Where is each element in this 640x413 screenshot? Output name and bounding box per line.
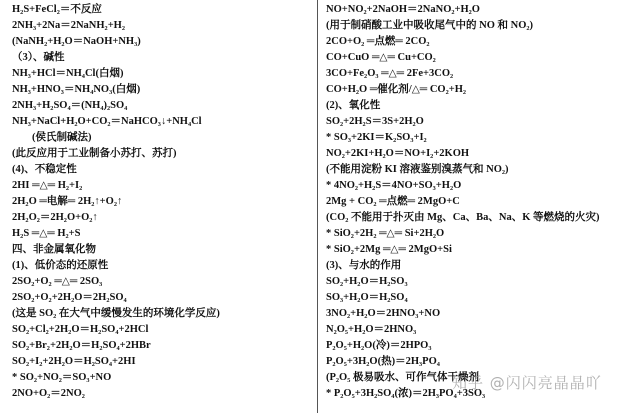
- equation-line: 2HI ═△═ H₂+I₂: [12, 179, 82, 195]
- equation-line: (NaNH₂+H₂O＝NaOH+NH₃): [12, 35, 141, 51]
- equation-line: (1)、低价态的还原性: [12, 259, 108, 275]
- equation-line: P₂O₅+3H₂O(热)＝2H₃PO₄: [326, 355, 440, 371]
- equation-line: (4)、不稳定性: [12, 163, 77, 179]
- equation-line: 3CO+Fe₂O₃ ═△═ 2Fe+3CO₂: [326, 67, 453, 83]
- equation-line: SO₂+Cl₂+2H₂O＝H₂SO₄+2HCl: [12, 323, 148, 339]
- equation-line: N₂O₅+H₂O＝2HNO₃: [326, 323, 416, 339]
- equation-line: CO+CuO ═△═ Cu+CO₂: [326, 51, 436, 67]
- equation-line: 3NO₂+H₂O＝2HNO₃+NO: [326, 307, 440, 323]
- equation-line: 2CO+O₂ ═点燃═ 2CO₂: [326, 35, 430, 51]
- equation-line: SO₃+H₂O＝H₂SO₄: [326, 291, 408, 307]
- equation-line: NH₃+HNO₃＝NH₄NO₃(白烟): [12, 83, 140, 99]
- equation-line: SO₂+Br₂+2H₂O＝H₂SO₄+2HBr: [12, 339, 151, 355]
- equation-line: NO+NO₂+2NaOH＝2NaNO₂+H₂O: [326, 3, 480, 19]
- equation-line: 四、非金属氧化物: [12, 243, 96, 259]
- equation-line: 2Mg + CO₂ ═点燃═ 2MgO+C: [326, 195, 460, 211]
- equation-line: (CO₂ 不能用于扑灭由 Mg、Ca、Ba、Na、K 等燃烧的火灾): [326, 211, 600, 227]
- equation-line: SO₂+I₂+2H₂O＝H₂SO₄+2HI: [12, 355, 136, 371]
- equation-line: 2NO+O₂＝2NO₂: [12, 387, 85, 403]
- equation-line: H₂S+FeCl₂＝不反应: [12, 3, 102, 19]
- equation-line: * SO₃+2KI＝K₂SO₃+I₂: [326, 131, 427, 147]
- equation-line: NH₃+NaCl+H₂O+CO₂＝NaHCO₃↓+NH₄Cl: [12, 115, 202, 131]
- equation-line: H₂S ═△═ H₂+S: [12, 227, 81, 243]
- equation-line: (用于制硝酸工业中吸收尾气中的 NO 和 NO₂): [326, 19, 533, 35]
- equation-line: 2SO₂+O₂+2H₂O＝2H₂SO₄: [12, 291, 127, 307]
- equation-line: 2NH₃+H₂SO₄＝(NH₄)₂SO₄: [12, 99, 127, 115]
- watermark: 知乎 @闪闪亮晶晶吖: [452, 372, 602, 393]
- equation-line: (这是 SO₂ 在大气中缓慢发生的环境化学反应): [12, 307, 220, 323]
- equation-line: CO+H₂O ═催化剂/△═ CO₂+H₂: [326, 83, 466, 99]
- equation-line: NO₂+2KI+H₂O＝NO+I₂+2KOH: [326, 147, 469, 163]
- equation-line: (3)、与水的作用: [326, 259, 401, 275]
- equation-line: * 4NO₂+H₂S＝4NO+SO₃+H₂O: [326, 179, 461, 195]
- equation-line: SO₂+H₂O＝H₂SO₃: [326, 275, 408, 291]
- equation-line: SO₂+2H₂S＝3S+2H₂O: [326, 115, 424, 131]
- equation-line: (此反应用于工业制备小苏打、苏打): [12, 147, 177, 163]
- equation-line: 2H₂O₂＝2H₂O+O₂↑: [12, 211, 98, 227]
- equation-line: NH₃+HCl＝NH₄Cl(白烟): [12, 67, 123, 83]
- equation-line: 2H₂O ═电解═ 2H₂↑+O₂↑: [12, 195, 122, 211]
- equation-line: * SiO₂+2Mg ═△═ 2MgO+Si: [326, 243, 452, 259]
- equation-line: 2NH₃+2Na＝2NaNH₂+H₂: [12, 19, 125, 35]
- column-divider: [317, 0, 318, 413]
- equation-line: * SO₂+NO₂＝SO₃+NO: [12, 371, 111, 387]
- equation-line: P₂O₅+H₂O(冷)＝2HPO₃: [326, 339, 431, 355]
- equation-line: (2)、氧化性: [326, 99, 380, 115]
- equation-line: 2SO₂+O₂ ═△═ 2SO₃: [12, 275, 102, 291]
- equation-line: (侯氏制碱法): [12, 131, 92, 147]
- equation-line: * SiO₂+2H₂ ═△═ Si+2H₂O: [326, 227, 444, 243]
- equation-line: (不能用淀粉 KI 溶液鉴别溴蒸气和 NO₂): [326, 163, 509, 179]
- equation-line: （3）、碱性: [12, 51, 65, 67]
